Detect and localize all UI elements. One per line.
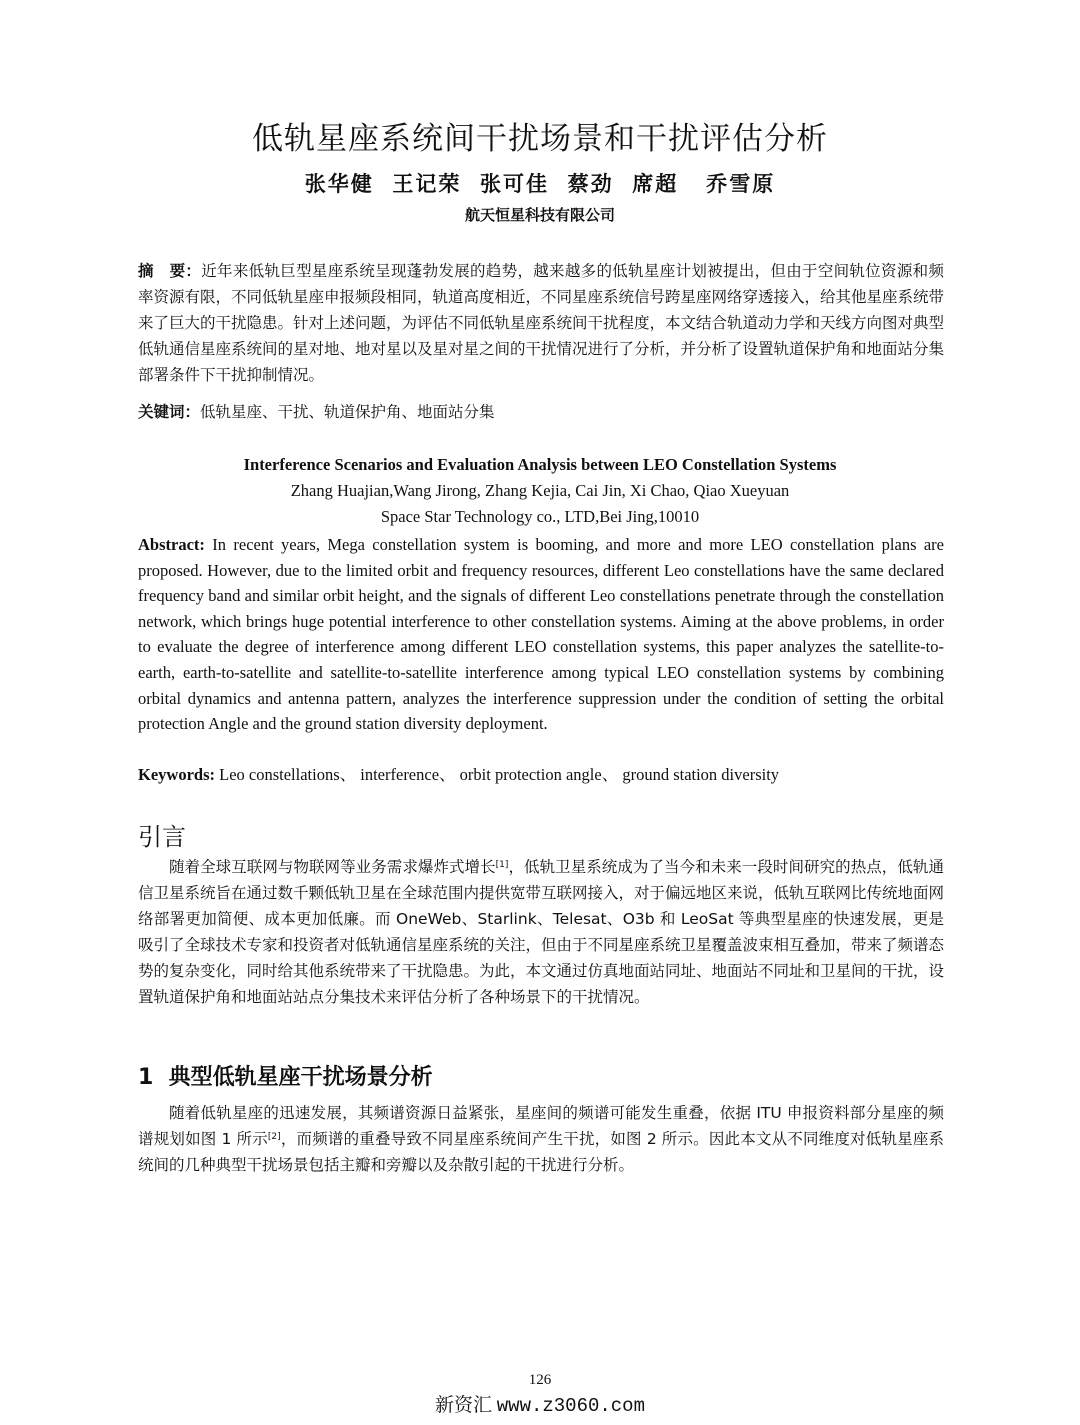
section1-heading: 1 典型低轨星座干扰场景分析 (138, 1060, 433, 1091)
paper-title-cn: 低轨星座系统间干扰场景和干扰评估分析 (0, 113, 1080, 158)
keywords-en-label: Keywords: (138, 765, 215, 784)
citation-ref: [1] (496, 860, 509, 870)
abstract-en-text: In recent years, Mega constellation syst… (138, 535, 944, 733)
keywords-en: Keywords: Leo constellations、 interferen… (138, 762, 944, 787)
abstract-en-label: Abstract: (138, 535, 205, 554)
authors-en: Zhang Huajian,Wang Jirong, Zhang Kejia, … (0, 481, 1080, 501)
abstract-en: Abstract: In recent years, Mega constell… (138, 532, 944, 737)
page-number: 126 (0, 1372, 1080, 1389)
citation-ref: [2] (268, 1132, 281, 1142)
abstract-cn: 摘 要：近年来低轨巨型星座系统呈现蓬勃发展的趋势，越来越多的低轨星座计划被提出，… (138, 258, 944, 388)
watermark: 新资汇 www.z3060.com (0, 1390, 1080, 1417)
paper-title-en: Interference Scenarios and Evaluation An… (0, 455, 1080, 475)
paper-page: 低轨星座系统间干扰场景和干扰评估分析 张华健 王记荣 张可佳 蔡劲 席超 乔雪原… (0, 0, 1080, 1425)
intro-text-b: ，低轨卫星系统成为了当今和未来一段时间研究的热点，低轨通信卫星系统旨在通过数千颗… (138, 858, 944, 1006)
watermark-cn: 新资汇 (435, 1394, 492, 1416)
affiliation-cn: 航天恒星科技有限公司 (0, 204, 1080, 225)
keywords-cn: 关键词：低轨星座、干扰、轨道保护角、地面站分集 (138, 399, 944, 425)
keywords-en-text: Leo constellations、 interference、 orbit … (215, 765, 779, 784)
authors-cn: 张华健 王记荣 张可佳 蔡劲 席超 乔雪原 (0, 168, 1080, 198)
abstract-cn-text: 近年来低轨巨型星座系统呈现蓬勃发展的趋势，越来越多的低轨星座计划被提出，但由于空… (138, 262, 944, 384)
affiliation-en: Space Star Technology co., LTD,Bei Jing,… (0, 507, 1080, 527)
abstract-cn-label: 摘 要： (138, 262, 201, 280)
keywords-cn-text: 低轨星座、干扰、轨道保护角、地面站分集 (200, 403, 495, 421)
keywords-cn-label: 关键词： (138, 403, 200, 421)
intro-paragraph: 随着全球互联网与物联网等业务需求爆炸式增长[1]，低轨卫星系统成为了当今和未来一… (138, 854, 944, 1010)
section1-paragraph: 随着低轨星座的迅速发展，其频谱资源日益紧张，星座间的频谱可能发生重叠，依据 IT… (138, 1100, 944, 1178)
watermark-url: www.z3060.com (497, 1395, 645, 1417)
intro-text-a: 随着全球互联网与物联网等业务需求爆炸式增长 (169, 858, 496, 876)
intro-heading: 引言 (138, 817, 186, 852)
